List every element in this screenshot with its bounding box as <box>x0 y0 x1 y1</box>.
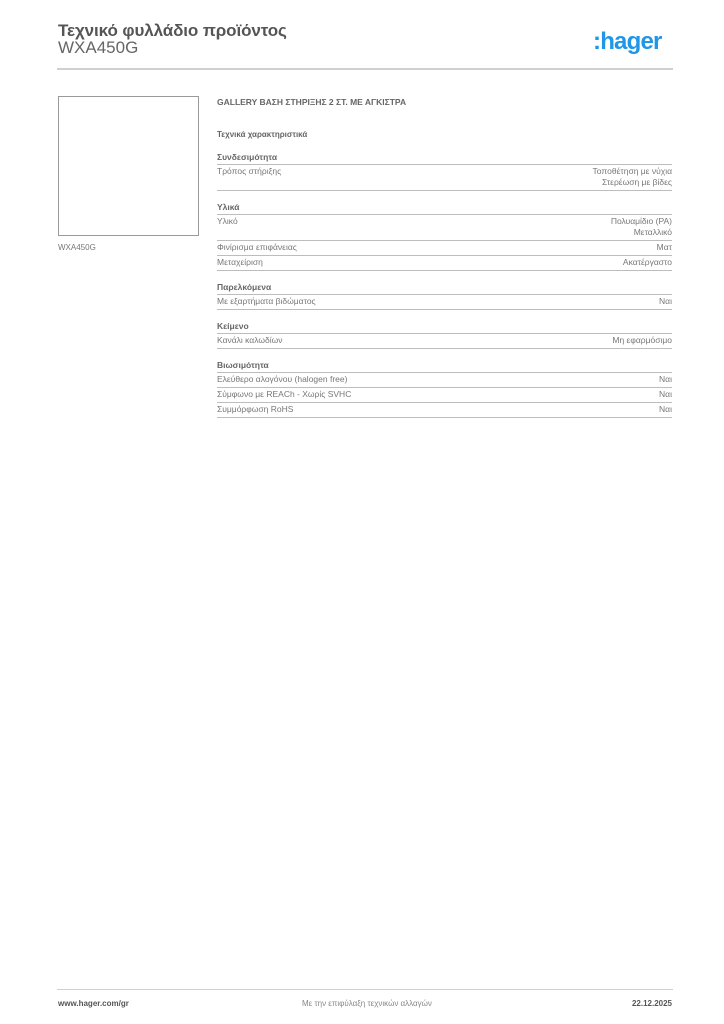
spec-value-line: Ναι <box>659 389 672 400</box>
spec-label: Σύμφωνο με REACh - Χωρίς SVHC <box>217 389 351 400</box>
header-divider <box>57 68 673 70</box>
spec-row: Με εξαρτήματα βιδώματοςΝαι <box>217 295 672 310</box>
spec-label: Συμμόρφωση RoHS <box>217 404 293 415</box>
spec-value: Ματ <box>657 242 672 253</box>
spec-value-line: Ναι <box>659 374 672 385</box>
spec-content: GALLERY ΒΑΣΗ ΣΤΗΡΙΞΗΣ 2 ΣΤ. ΜΕ ΑΓΚΙΣΤΡΑ … <box>217 96 672 418</box>
section-title: Παρελκόμενα <box>217 281 672 295</box>
spec-value: Ακατέργαστο <box>623 257 672 268</box>
spec-label: Υλικό <box>217 216 238 238</box>
spec-row: ΥλικόΠολυαμίδιο (PA)Μεταλλικό <box>217 215 672 241</box>
product-name: GALLERY ΒΑΣΗ ΣΤΗΡΙΞΗΣ 2 ΣΤ. ΜΕ ΑΓΚΙΣΤΡΑ <box>217 96 672 108</box>
spec-section: ΣυνδεσιμότηταΤρόπος στήριξηςΤοποθέτηση μ… <box>217 151 672 191</box>
spec-row: Ελεύθερο αλογόνου (halogen free)Ναι <box>217 373 672 388</box>
spec-value: Μη εφαρμόσιμο <box>612 335 672 346</box>
spec-value-line: Τοποθέτηση με νύχια <box>593 166 672 177</box>
spec-value: Ναι <box>659 389 672 400</box>
footer-divider <box>57 989 673 990</box>
spec-label: Τρόπος στήριξης <box>217 166 281 188</box>
spec-sections: ΣυνδεσιμότηταΤρόπος στήριξηςΤοποθέτηση μ… <box>217 151 672 418</box>
hager-logo: :hager <box>593 28 662 56</box>
spec-value-line: Μεταλλικό <box>611 227 672 238</box>
spec-value-line: Στερέωση με βίδες <box>593 177 672 188</box>
spec-value: Πολυαμίδιο (PA)Μεταλλικό <box>611 216 672 238</box>
spec-section: ΥλικάΥλικόΠολυαμίδιο (PA)ΜεταλλικόΦινίρι… <box>217 201 672 271</box>
spec-row: Συμμόρφωση RoHSΝαι <box>217 403 672 418</box>
product-image-placeholder <box>58 96 199 236</box>
spec-value-line: Ναι <box>659 296 672 307</box>
spec-row: Τρόπος στήριξηςΤοποθέτηση με νύχιαΣτερέω… <box>217 165 672 191</box>
spec-label: Ελεύθερο αλογόνου (halogen free) <box>217 374 347 385</box>
spec-label: Κανάλι καλωδίων <box>217 335 282 346</box>
spec-value: Ναι <box>659 374 672 385</box>
spec-section: ΚείμενοΚανάλι καλωδίωνΜη εφαρμόσιμο <box>217 320 672 349</box>
spec-row: Σύμφωνο με REACh - Χωρίς SVHCΝαι <box>217 388 672 403</box>
spec-value: Τοποθέτηση με νύχιαΣτερέωση με βίδες <box>593 166 672 188</box>
section-title: Κείμενο <box>217 320 672 334</box>
spec-value-line: Μη εφαρμόσιμο <box>612 335 672 346</box>
spec-value-line: Ναι <box>659 404 672 415</box>
document-date: 22.12.2025 <box>632 999 672 1008</box>
spec-value-line: Πολυαμίδιο (PA) <box>611 216 672 227</box>
spec-value-line: Ματ <box>657 242 672 253</box>
spec-value: Ναι <box>659 404 672 415</box>
product-image-caption: WXA450G <box>58 243 96 252</box>
website-link[interactable]: www.hager.com/gr <box>58 999 129 1008</box>
spec-label: Με εξαρτήματα βιδώματος <box>217 296 316 307</box>
spec-section: ΠαρελκόμεναΜε εξαρτήματα βιδώματοςΝαι <box>217 281 672 310</box>
product-code: WXA450G <box>58 38 138 58</box>
spec-section: ΒιωσιμότηταΕλεύθερο αλογόνου (halogen fr… <box>217 359 672 418</box>
section-title: Συνδεσιμότητα <box>217 151 672 165</box>
spec-label: Μεταχείριση <box>217 257 263 268</box>
disclaimer: Με την επιφύλαξη τεχνικών αλλαγών <box>302 999 432 1008</box>
spec-value-line: Ακατέργαστο <box>623 257 672 268</box>
spec-value: Ναι <box>659 296 672 307</box>
spec-row: Κανάλι καλωδίωνΜη εφαρμόσιμο <box>217 334 672 349</box>
section-title: Βιωσιμότητα <box>217 359 672 373</box>
spec-label: Φινίρισμα επιφάνειας <box>217 242 297 253</box>
tech-characteristics-heading: Τεχνικά χαρακτηριστικά <box>217 129 672 141</box>
section-title: Υλικά <box>217 201 672 215</box>
spec-row: ΜεταχείρισηΑκατέργαστο <box>217 256 672 271</box>
spec-row: Φινίρισμα επιφάνειαςΜατ <box>217 241 672 256</box>
